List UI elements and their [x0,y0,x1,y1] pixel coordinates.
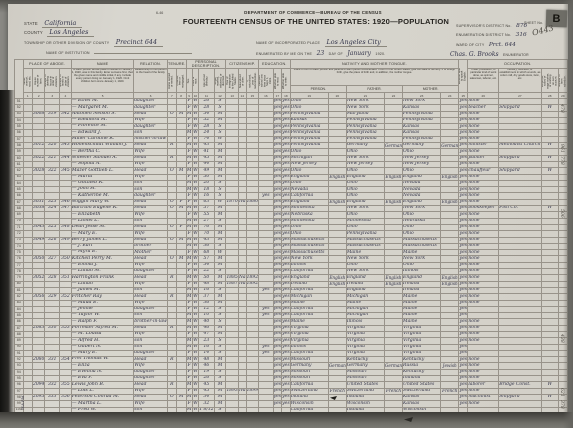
able-to-write: yes [282,325,291,331]
sex: M [186,218,192,224]
able-to-write: yes [282,130,291,136]
able-to-write: yes [282,294,291,300]
able-to-read: yes [273,237,282,243]
speaks-english: yes [459,180,468,186]
able-to-write: yes [282,363,291,369]
house-number: 2095 [32,394,45,400]
able-to-write: yes [282,187,291,193]
able-to-write: yes [282,143,291,149]
race: W [192,344,199,350]
sex: M [186,319,192,325]
speaks-english: yes [459,206,468,212]
column-header: Employer, salary or wage worker, or work… [541,69,558,93]
able-to-write: yes [282,250,291,256]
speaks-english: yes [459,369,468,375]
race: W [192,136,199,142]
column-header: Color or race. [192,69,199,93]
able-to-write: yes [282,218,291,224]
able-to-write: yes [282,136,291,142]
able-to-write: yes [282,300,291,306]
speaks-english: yes [459,243,468,249]
able-to-write: yes [282,357,291,363]
speaks-english: yes [459,306,468,312]
birthplace: Massachusetts [290,243,328,249]
institution-value [94,53,192,54]
birthplace: Massachusetts [290,237,328,243]
family-number: 349 [60,237,72,243]
able-to-read: yes [273,124,282,130]
column-header: CITIZENSHIP. [226,60,259,69]
able-to-write: yes [282,174,291,180]
column-header: Whether able to speak English. [459,60,468,93]
able-to-write: yes [282,269,291,275]
form-header: 6-46 STATE California COUNTY Los Angeles… [8,4,568,58]
scan-bottom-shadow [0,412,573,428]
speaks-english: yes [459,269,468,275]
able-to-read: yes [273,388,282,394]
speaks-english: yes [459,143,468,149]
census-row: 982095333356Peterson Conrad M.HeadOMMW34… [15,394,568,400]
sex: M [186,187,192,193]
sex: M [186,206,192,212]
form-number: 6-46 [156,11,163,15]
able-to-read: yes [273,357,282,363]
able-to-read: yes [273,319,282,325]
speaks-english: yes [459,325,468,331]
sex: M [186,168,192,174]
race: W [192,231,199,237]
sex: M [186,357,192,363]
column-header: EDUCATION. [259,60,291,69]
column-header: Relationship of this person to the head … [134,69,168,93]
race: W [192,281,199,287]
speaks-english: yes [459,388,468,394]
sex: M [186,256,192,262]
naturalized: Na [238,275,246,281]
sex: M [186,130,192,136]
family-number: 342 [60,111,72,117]
immigration-year: 1887 [226,281,238,287]
table-header: PLACE OF ABODE.NAMERELATION.TENURE.PERSO… [15,60,568,99]
able-to-read: yes [273,243,282,249]
house-number: 3008 [32,111,45,117]
family-number: 354 [60,357,72,363]
naturalization-year: 1892 [246,275,258,281]
column-header: Place of birth of each person and parent… [290,69,459,86]
race: W [192,168,199,174]
column-header: FATHER. [346,86,402,93]
race: W [192,401,199,407]
speaks-english: yes [459,275,468,281]
relation: brother-in-law [134,319,168,325]
able-to-write: yes [282,331,291,337]
occupation: bookkeeper [468,206,499,212]
speaks-english: yes [459,231,468,237]
department-line: DEPARTMENT OF COMMERCE—BUREAU OF THE CEN… [178,10,448,15]
table-body: 51— Ethel M.daughterFW26SyesyesOhioNew Y… [15,99,568,414]
speaks-english: yes [459,357,468,363]
column-header: PERSONAL DESCRIPTION. [186,60,226,69]
race: W [192,143,199,149]
institution-label: NAME OF INSTITUTION [46,51,90,55]
speaks-english: yes [459,124,468,130]
able-to-read: yes [273,325,282,331]
able-to-read: yes [273,187,282,193]
family-number: 355 [60,382,72,388]
mother-birthplace: Massachusetts [403,243,441,249]
house-number: 3052 [32,275,45,281]
speaks-english: yes [459,250,468,256]
able-to-read: yes [273,269,282,275]
speaks-english: yes [459,168,468,174]
sheet-label: SHEET No. [524,21,543,25]
race: W [192,224,199,230]
column-header: Number of dwelling house in order of vis… [45,69,60,93]
race: W [192,331,199,337]
able-to-read: yes [273,143,282,149]
sex: M [186,237,192,243]
enumeration-district-value: 316 [516,32,527,38]
race: W [192,243,199,249]
industry: Methodist Church [499,143,541,149]
able-to-write: yes [282,369,291,375]
sex: M [186,325,192,331]
race: W [192,300,199,306]
speaks-english: yes [459,149,468,155]
name: Hohenschildt William J. [71,143,133,149]
sex: M [186,294,192,300]
race: W [192,313,199,319]
column-header: Street, avenue, road, etc. [23,69,32,93]
race: W [192,250,199,256]
census-row: 962094332355Lewis John B.HeadRMW45Myesye… [15,382,568,388]
able-to-write: yes [282,394,291,400]
able-to-write: yes [282,401,291,407]
speaks-english: yes [459,117,468,123]
speaks-english: yes [459,338,468,344]
able-to-read: yes [273,111,282,117]
race: W [192,376,199,382]
house-number: 3031 [32,199,45,205]
able-to-write: yes [282,149,291,155]
sex: M [186,243,192,249]
column-header: Age at last birthday. [199,69,214,93]
naturalized: Na [238,281,246,287]
able-to-write: yes [282,105,291,111]
column-header: Industry, business, or establishment in … [499,69,541,93]
able-to-write: yes [282,388,291,394]
sex: M [186,338,192,344]
speaks-english: yes [459,294,468,300]
able-to-read: yes [273,313,282,319]
census-scan-photo: 6-46 STATE California COUNTY Los Angeles… [0,0,573,428]
race: W [192,319,199,325]
side-margin-note: W.A.P.M. [21,394,25,410]
race: W [192,212,199,218]
column-header: NATIVITY AND MOTHER TONGUE. [290,60,459,69]
speaks-english: yes [459,300,468,306]
speaks-english: yes [459,130,468,136]
able-to-read: yes [273,117,282,123]
family-number: 346 [60,199,72,205]
able-to-write: yes [282,199,291,205]
race: W [192,357,199,363]
able-to-read: yes [273,174,282,180]
naturalized: Na [238,199,246,205]
day-of-label: DAY OF [329,52,343,56]
speaks-english: yes [459,212,468,218]
able-to-write: yes [282,256,291,262]
speaks-english: yes [459,401,468,407]
able-to-read: yes [273,250,282,256]
race: W [192,155,199,161]
race: W [192,269,199,275]
able-to-write: yes [282,193,291,199]
race: W [192,206,199,212]
able-to-write: yes [282,117,291,123]
race: W [192,338,199,344]
able-to-read: yes [273,149,282,155]
family-number: 350 [60,256,72,262]
speaks-english: yes [459,287,468,293]
column-header: TENURE. [168,60,187,69]
speaks-english: yes [459,281,468,287]
able-to-write: yes [282,319,291,325]
scan-right-shadow [563,0,573,428]
immigration-year: 1885 [226,275,238,281]
family-number: 347 [60,206,72,212]
able-to-read: yes [273,199,282,205]
race: W [192,117,199,123]
sex: M [186,155,192,161]
speaks-english: yes [459,218,468,224]
able-to-write: yes [282,161,291,167]
able-to-read: yes [273,262,282,268]
speaks-english: yes [459,187,468,193]
family-number: 343 [60,143,72,149]
able-to-read: yes [273,350,282,356]
speaks-english: yes [459,193,468,199]
speaks-english: yes [459,262,468,268]
family-number: 345 [60,168,72,174]
able-to-read: yes [273,180,282,186]
family-number: 356 [60,394,72,400]
able-to-read: yes [273,224,282,230]
able-to-read: yes [273,256,282,262]
race: W [192,363,199,369]
house-number: 3056 [32,294,45,300]
page-title: FOURTEENTH CENSUS OF THE UNITED STATES: … [146,17,486,26]
speaks-english: yes [459,313,468,319]
speaks-english: yes [459,224,468,230]
race: W [192,130,199,136]
mother-birthplace: Massachusetts [403,237,441,243]
able-to-write: yes [282,350,291,356]
immigration-year: 1893 [226,388,238,394]
race: W [192,382,199,388]
naturalized: Na [238,388,246,394]
column-header: If owned, free or mortgaged. [176,69,186,93]
birthplace: Massachusetts [290,250,328,256]
house-number: 3012 [32,143,45,149]
able-to-write: yes [282,338,291,344]
house-number: 3050 [32,256,45,262]
sex: M [186,224,192,230]
race: W [192,161,199,167]
speaks-english: yes [459,199,468,205]
able-to-read: yes [273,382,282,388]
sex: M [186,394,192,400]
speaks-english: yes [459,161,468,167]
able-to-write: yes [282,124,291,130]
speaks-english: yes [459,350,468,356]
column-header: RELATION. [134,60,168,69]
able-to-read: yes [273,161,282,167]
census-row: 683038324347Bartram Eugene R.HeadOMMW57M… [15,206,568,212]
sex: M [186,143,192,149]
able-to-write: yes [282,306,291,312]
race: W [192,306,199,312]
able-to-read: yes [273,344,282,350]
house-number: 3028 [32,168,45,174]
scan-edge-shadow [0,90,15,428]
able-to-write: yes [282,206,291,212]
able-to-write: yes [282,180,291,186]
able-to-read: yes [273,168,282,174]
enumerator-signature: Chas. G. Brooks [450,51,499,58]
race: W [192,287,199,293]
able-to-read: yes [273,306,282,312]
house-number: 3049 [32,237,45,243]
speaks-english: yes [459,136,468,142]
census-row: 623028322345Mazer Gottlieb L.HeadOMMW49M… [15,168,568,174]
able-to-write: yes [282,262,291,268]
able-to-write: yes [282,99,291,105]
column-header: MOTHER. [403,86,459,93]
census-sheet: 6-46 STATE California COUNTY Los Angeles… [8,4,568,413]
house-number: 2080 [32,357,45,363]
race: W [192,275,199,281]
family-number: 353 [60,325,72,331]
census-row: 603022321344Wheeler Samuel A.HeadRMW45My… [15,155,568,161]
able-to-read: yes [273,136,282,142]
column-header: Trade, profession, or particular kind of… [468,69,499,93]
race: W [192,187,199,193]
column-header: Single, married, widowed, or divorced. [214,69,226,93]
race: W [192,237,199,243]
sex: M [186,382,192,388]
family-number: 352 [60,294,72,300]
sex: M [186,287,192,293]
sex: M [186,180,192,186]
column-header: Attended school any time since Sept. 1, … [259,69,274,93]
able-to-write: yes [282,344,291,350]
race: W [192,369,199,375]
column-header: If naturalized, year of naturalization. [246,69,258,93]
race: W [192,99,199,105]
race: W [192,325,199,331]
able-to-write: yes [282,224,291,230]
race: W [192,193,199,199]
house-number: 3038 [32,206,45,212]
enumerated-day: 23 [317,50,325,57]
able-to-read: yes [273,401,282,407]
census-table: PLACE OF ABODE.NAMERELATION.TENURE.PERSO… [14,59,568,414]
immigration-year: 1870 [226,199,238,205]
able-to-read: yes [273,275,282,281]
speaks-english: yes [459,174,468,180]
column-header: Whether able to write. [282,69,291,93]
able-to-write: yes [282,212,291,218]
speaks-english: yes [459,376,468,382]
able-to-write: yes [282,111,291,117]
column-header: PERSON. [290,86,346,93]
enumerated-prefix: ENUMERATED BY ME ON THE [256,52,312,56]
able-to-write: yes [282,243,291,249]
race: W [192,180,199,186]
relation: mother-in-law [134,136,168,142]
enumerator-label: ENUMERATOR [503,53,529,57]
census-row: 52— Margaret M.daughterFW28SyesyesOhioNe… [15,105,568,111]
able-to-read: yes [273,294,282,300]
able-to-read: yes [273,105,282,111]
census-row: 583012320343Hohenschildt William J.HeadR… [15,143,568,149]
sex: M [186,344,192,350]
speaks-english: yes [459,111,468,117]
sex: M [186,313,192,319]
speaks-english: yes [459,237,468,243]
race: W [192,294,199,300]
able-to-write: yes [282,382,291,388]
able-to-read: yes [273,363,282,369]
house-number: 2094 [32,382,45,388]
family-number: 344 [60,155,72,161]
house-number: 3022 [32,155,45,161]
speaks-english: yes [459,331,468,337]
able-to-read: yes [273,394,282,400]
able-to-read: yes [273,99,282,105]
race: W [192,149,199,155]
column-header: House number or farm. [32,69,45,93]
able-to-read: yes [273,331,282,337]
race: W [192,105,199,111]
able-to-read: yes [273,376,282,382]
able-to-write: yes [282,376,291,382]
able-to-write: yes [282,275,291,281]
speaks-english: yes [459,382,468,388]
race: W [192,394,199,400]
speaks-english: yes [459,363,468,369]
speaks-english: yes [459,256,468,262]
able-to-read: yes [273,130,282,136]
column-header: of each person whose place of abode on J… [71,69,133,93]
race: W [192,199,199,205]
speaks-english: yes [459,344,468,350]
able-to-read: yes [273,193,282,199]
able-to-write: yes [282,155,291,161]
race: W [192,262,199,268]
speaks-english: yes [459,99,468,105]
column-header: PLACE OF ABODE. [23,60,71,69]
sex: M [186,111,192,117]
speaks-english: yes [459,319,468,325]
column-header: Whether able to read. [273,69,282,93]
able-to-read: yes [273,155,282,161]
father-birthplace: Massachusetts [346,243,384,249]
able-to-read: yes [273,281,282,287]
able-to-read: yes [273,300,282,306]
able-to-read: yes [273,338,282,344]
